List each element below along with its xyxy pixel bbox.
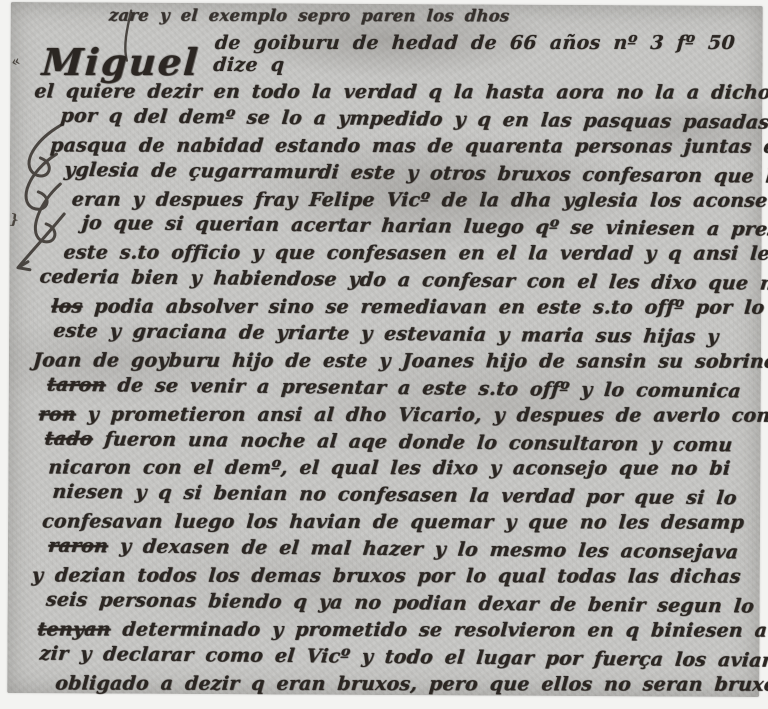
struck-word: taron: [46, 373, 107, 396]
line-text: obligado a dezir q eran bruxos, pero que…: [55, 672, 768, 695]
manuscript-heading-name: Miguel: [41, 44, 201, 81]
manuscript-line: seis personas biendo q ya no podian dexa…: [45, 589, 755, 623]
manuscript-line: este y graciana de yriarte y estevania y…: [52, 320, 756, 354]
manuscript-line: ron y prometieron ansi al dho Vicario, y…: [38, 403, 756, 431]
manuscript-line: por q del demº se lo a ympedido y q en l…: [59, 105, 757, 139]
manuscript-line: cederia bien y habiendose ydo a confesar…: [38, 266, 756, 300]
line-text: el quiere dezir en todo la verdad q la h…: [34, 80, 768, 103]
line-text: seis personas biendo q ya no podian dexa…: [45, 589, 755, 618]
struck-word: raron: [47, 535, 109, 558]
line-text: de se venir a presentar a este s.to offº…: [105, 374, 742, 402]
line-text: este y graciana de yriarte y estevania y…: [52, 320, 719, 348]
struck-word: ron: [38, 403, 77, 425]
line-text: y prometieron ansi al dho Vicario, y des…: [75, 403, 768, 426]
manuscript-heading-line: Miguel de goiburu de hedad de 66 años nº…: [41, 34, 759, 81]
manuscript-line: pasqua de nabidad estando mas de quarent…: [49, 134, 757, 162]
line-text: y dexasen de el mal hazer y lo mesmo les…: [107, 535, 739, 563]
line-text: jo que si querian acertar harian luego q…: [81, 212, 768, 242]
manuscript-page: zare y el exemplo sepro paren los dhos M…: [7, 2, 763, 697]
struck-word: tado: [44, 427, 94, 449]
line-text: Joan de goyburu hijo de este y Joanes hi…: [32, 349, 768, 372]
manuscript-line: raron y dexasen de el mal hazer y lo mes…: [47, 535, 755, 569]
line-text: cederia bien y habiendose ydo a confesar…: [39, 266, 768, 295]
manuscript-line: zir y declarar como el Vicº y todo el lu…: [38, 642, 754, 676]
line-text: eran y despues fray Felipe Vicº de la dh…: [71, 188, 768, 211]
line-text: pasqua de nabidad estando mas de quarent…: [49, 134, 768, 157]
manuscript-line: y dezian todos los demas bruxos por lo q…: [31, 564, 755, 592]
manuscript-heading-rest: de goiburu de hedad de 66 años nº 3 fº 5…: [212, 32, 758, 81]
manuscript-line: este s.to officio y que confesasen en el…: [62, 242, 756, 270]
line-text: fueron una noche al aqe donde lo consult…: [92, 428, 734, 456]
manuscript-line: tenyan determinado y prometido se resolv…: [36, 618, 754, 646]
manuscript-line: confesavan luego los havian de quemar y …: [41, 511, 755, 539]
line-text: zir y declarar como el Vicº y todo el lu…: [39, 642, 768, 671]
manuscript-line: yglesia de çugarramurdi este y otros bru…: [63, 158, 757, 192]
line-text: niesen y q si benian no confesasen la ve…: [52, 481, 738, 510]
manuscript-text-block: zare y el exemplo sepro paren los dhos M…: [21, 4, 757, 695]
manuscript-line: taron de se venir a presentar a este s.t…: [46, 373, 756, 407]
margin-mark-icon: }: [8, 211, 20, 228]
line-text: por q del demº se lo a ympedido y q en l…: [60, 105, 768, 135]
manuscript-line-fragment: zare y el exemplo sepro paren los dhos: [108, 6, 758, 35]
manuscript-photo: zare y el exemplo sepro paren los dhos M…: [0, 0, 768, 709]
struck-word: los: [51, 296, 84, 318]
manuscript-line: los podia absolver sino se remediavan en…: [50, 296, 756, 324]
manuscript-line: Joan de goyburu hijo de este y Joanes hi…: [32, 349, 756, 377]
manuscript-line: obligado a dezir q eran bruxos, pero que…: [54, 672, 754, 700]
line-text: y dezian todos los demas bruxos por lo q…: [31, 564, 741, 587]
struck-word: tenyan: [37, 618, 112, 640]
line-text: este s.to officio y que confesasen en el…: [63, 242, 768, 265]
line-text: confesavan luego los havian de quemar y …: [41, 511, 744, 534]
line-text: nicaron con el demº, el qual les dixo y …: [48, 457, 731, 480]
line-text: podia absolver sino se remediavan en est…: [82, 296, 768, 319]
line-text: determinado y prometido se resolvieron e…: [110, 618, 768, 641]
line-text: yglesia de çugarramurdi este y otros bru…: [63, 158, 768, 187]
margin-mark-icon: «: [10, 53, 23, 71]
manuscript-line: el quiere dezir en todo la verdad q la h…: [33, 80, 757, 108]
